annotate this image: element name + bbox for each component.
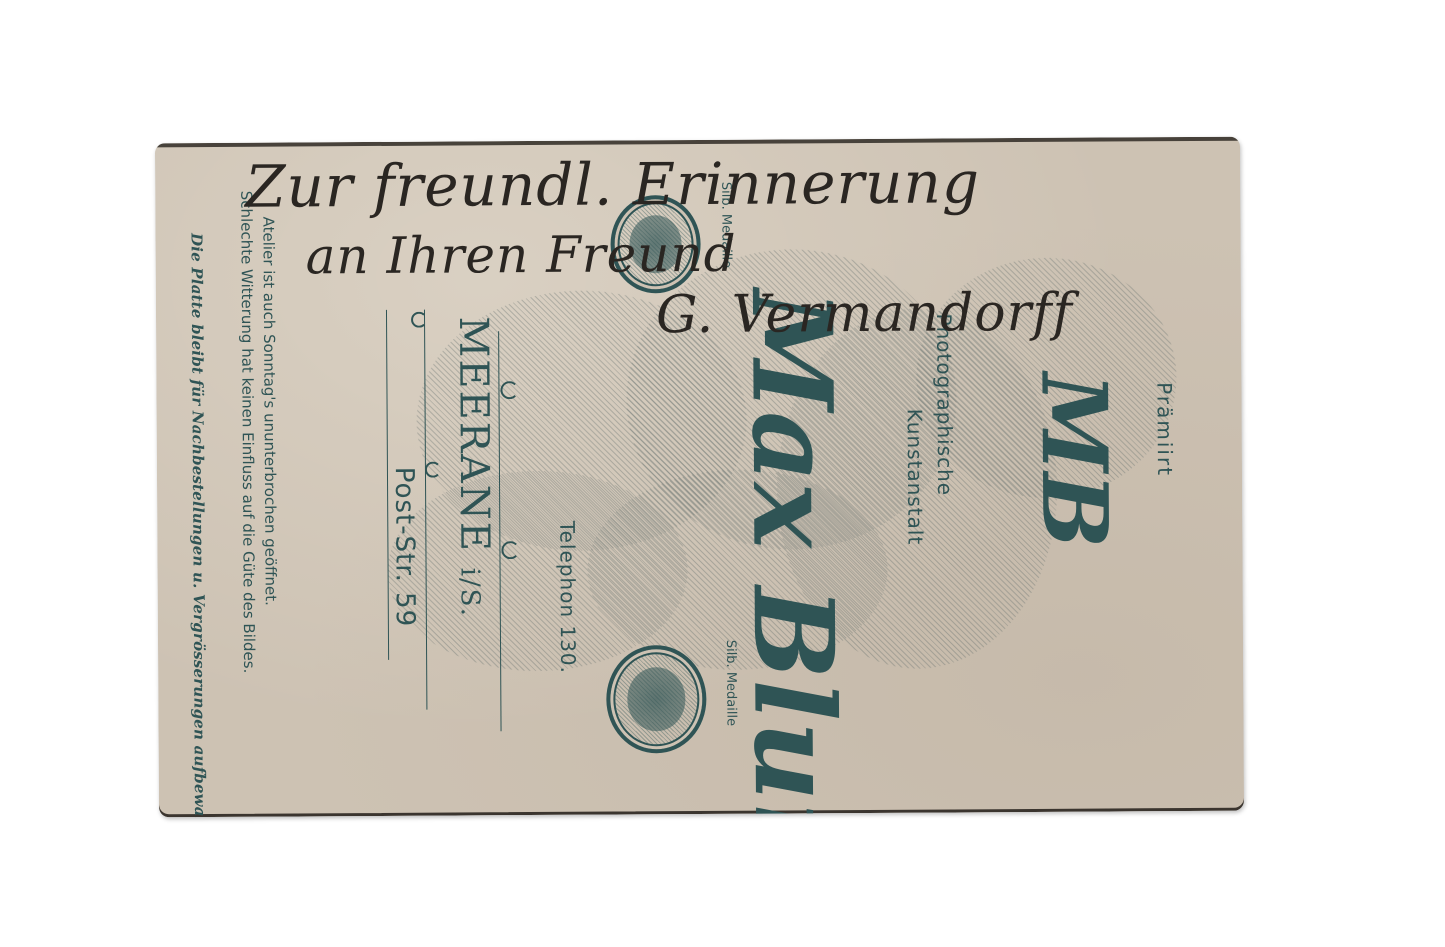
ornament-swirl	[501, 541, 519, 559]
medal-figure	[627, 667, 686, 731]
city: MEERANE	[450, 316, 497, 553]
monogram: MB	[1020, 372, 1127, 548]
street-address: Post-Str. 59	[389, 467, 420, 628]
cabinet-card: Die Platte bleibt für Nachbestellungen u…	[155, 137, 1244, 818]
premiated-label: Prämiirt	[1152, 382, 1177, 477]
handwriting-line-2: an Ihren Freund	[305, 225, 736, 286]
ornament-swirl	[425, 462, 441, 478]
ornament-swirl	[500, 381, 518, 399]
notice-line-2: Schlechte Witterung hat keinen Einfluss …	[237, 191, 258, 674]
business-line-2: Kunstanstalt	[903, 409, 928, 546]
plate-notice: Die Platte bleibt für Nachbestellungen u…	[188, 233, 210, 817]
city-suffix: i/S.	[455, 568, 485, 618]
handwriting-line-3: G. Vermandorff	[656, 283, 1073, 346]
telephone: Telephon 130.	[555, 521, 580, 674]
ornament-swirl	[411, 312, 427, 328]
medal-bottom	[606, 645, 707, 754]
studio-name: Max Blum	[736, 289, 850, 817]
city-name: MEERANE i/S.	[450, 316, 498, 618]
notice-line-1: Atelier ist auch Sonntag's ununterbroche…	[259, 217, 279, 606]
studio-last-name: Blum	[729, 586, 860, 817]
handwriting-line-1: Zur freundl. Erinnerung	[245, 148, 980, 220]
